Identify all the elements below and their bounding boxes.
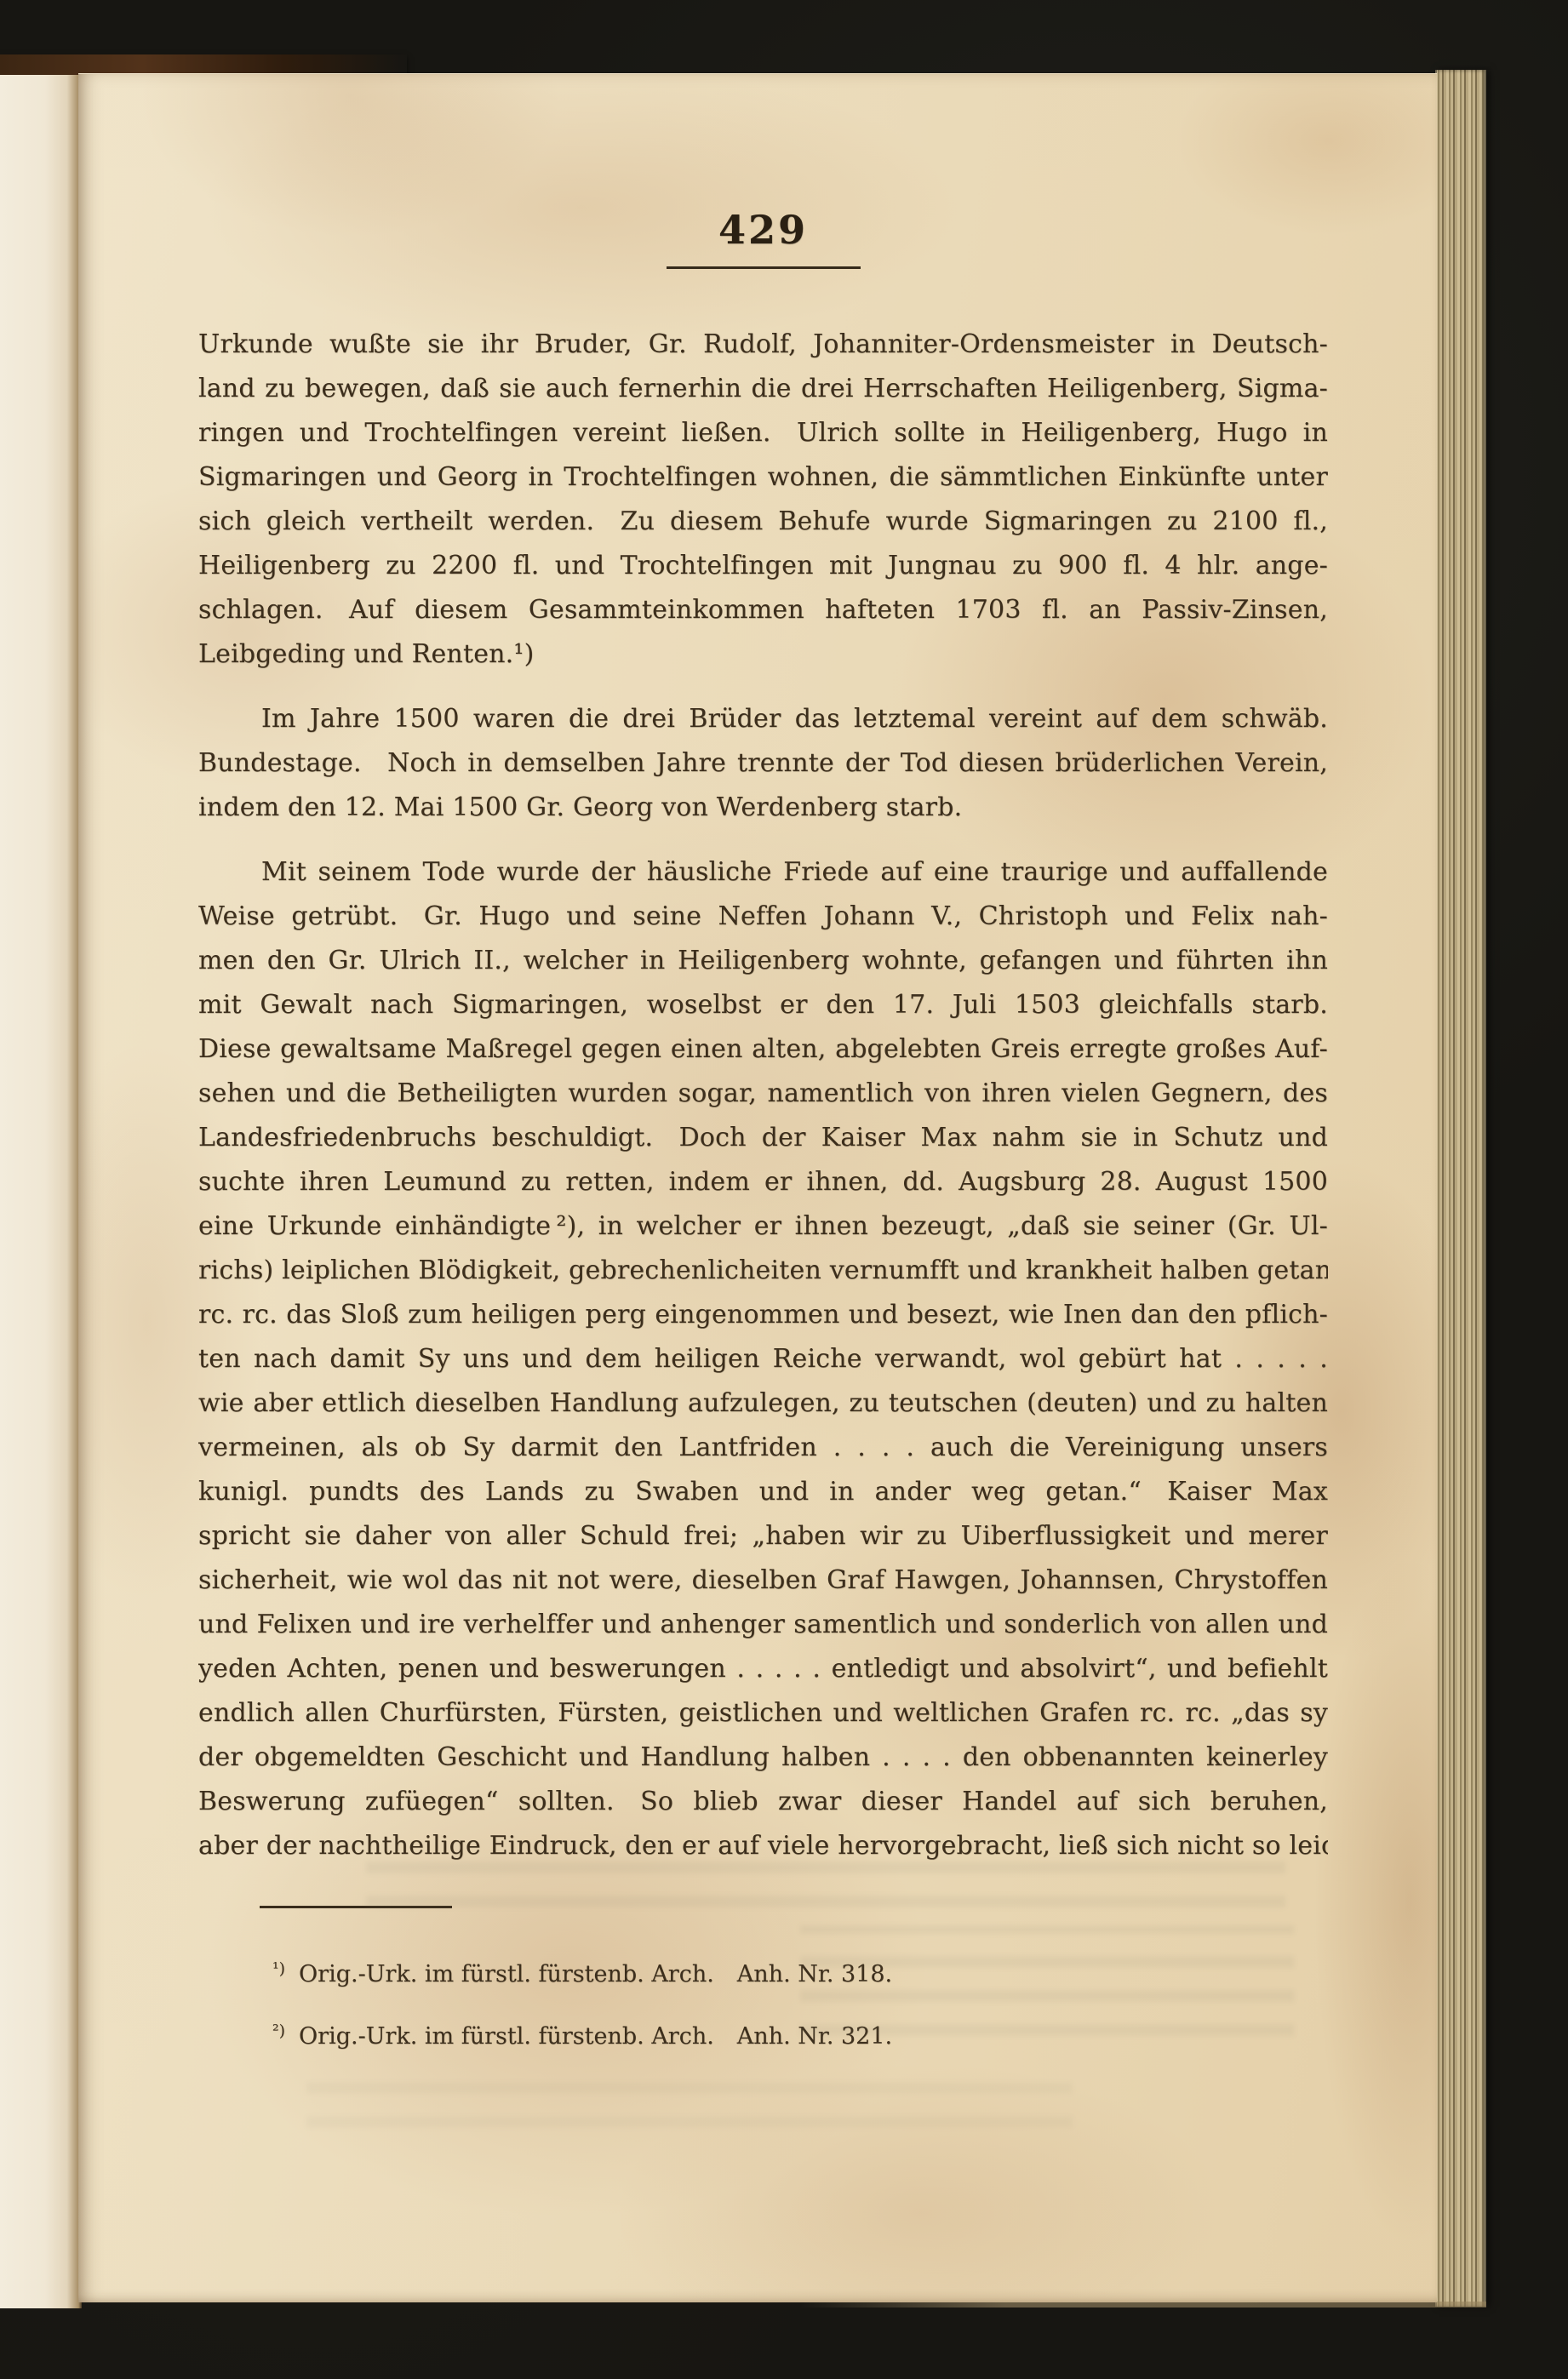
- text-line: wie aber ettlich dieselben Handlung aufz…: [198, 1381, 1328, 1426]
- text-line: Weise getrübt. Gr. Hugo und seine Neffen…: [198, 895, 1328, 939]
- page-body: Urkunde wußte sie ihr Bruder, Gr. Rudolf…: [198, 323, 1328, 1868]
- text-line: land zu bewegen, daß sie auch fernerhin …: [198, 367, 1328, 411]
- page-number-rule: [667, 266, 861, 269]
- text-line: Diese gewaltsame Maßregel gegen einen al…: [198, 1027, 1328, 1072]
- text-line: der obgemeldten Geschicht und Handlung h…: [198, 1736, 1328, 1780]
- paragraph: Im Jahre 1500 waren die drei Brüder das …: [198, 697, 1328, 830]
- footnote-text: Orig.-Urk. im fürstl. fürstenb. Arch. An…: [299, 2023, 892, 2050]
- text-line: kunigl. pundts des Lands zu Swaben und i…: [198, 1470, 1328, 1514]
- book-scan: 429 Urkunde wußte sie ihr Bruder, Gr. Ru…: [0, 0, 1568, 2379]
- text-line: Urkunde wußte sie ihr Bruder, Gr. Rudolf…: [198, 323, 1328, 367]
- text-line: suchte ihren Leumund zu retten, indem er…: [198, 1160, 1328, 1204]
- text-line: ringen und Trochtelfingen vereint ließen…: [198, 411, 1328, 455]
- text-line: indem den 12. Mai 1500 Gr. Georg von Wer…: [198, 786, 1328, 830]
- text-line: Landesfriedenbruchs beschuldigt. Doch de…: [198, 1116, 1328, 1160]
- text-line: men den Gr. Ulrich II., welcher in Heili…: [198, 939, 1328, 983]
- text-line: Heiligenberg zu 2200 fl. und Trochtelfin…: [198, 544, 1328, 588]
- text-line: Mit seinem Tode wurde der häusliche Frie…: [198, 850, 1328, 895]
- book-page: 429 Urkunde wußte sie ihr Bruder, Gr. Ru…: [78, 73, 1437, 2302]
- text-line: Im Jahre 1500 waren die drei Brüder das …: [198, 697, 1328, 741]
- text-line: rc. rc. das Sloß zum heiligen perg einge…: [198, 1293, 1328, 1337]
- text-line: sich gleich vertheilt werden. Zu diesem …: [198, 500, 1328, 544]
- text-line: vermeinen, als ob Sy darmit den Lantfrid…: [198, 1426, 1328, 1470]
- page-bottom-edge: [800, 2302, 1486, 2308]
- text-line: spricht sie daher von aller Schuld frei;…: [198, 1514, 1328, 1558]
- text-line: und Felixen und ire verhelffer und anhen…: [198, 1603, 1328, 1647]
- text-line: richs) leiplichen Blödigkeit, gebrechenl…: [198, 1249, 1328, 1293]
- footnote-marker: ¹): [272, 1959, 285, 1978]
- footnote-marker: ²): [272, 2022, 285, 2040]
- text-line: yeden Achten, penen und beswerungen . . …: [198, 1647, 1328, 1691]
- footnotes: ¹)Orig.-Urk. im fürstl. fürstenb. Arch. …: [272, 1953, 1260, 2078]
- text-line: Bundestage. Noch in demselben Jahre tren…: [198, 741, 1328, 786]
- text-line: ten nach damit Sy uns und dem heiligen R…: [198, 1337, 1328, 1381]
- text-line: mit Gewalt nach Sigmaringen, woselbst er…: [198, 983, 1328, 1027]
- text-line: sicherheit, wie wol das nit not were, di…: [198, 1558, 1328, 1603]
- previous-page-edge: [0, 75, 82, 2308]
- text-line: schlagen. Auf diesem Gesammteinkommen ha…: [198, 588, 1328, 632]
- paragraph: Mit seinem Tode wurde der häusliche Frie…: [198, 850, 1328, 1868]
- page-stack-fore-edge: [1435, 70, 1486, 2307]
- text-line: Sigmaringen und Georg in Trochtelfingen …: [198, 455, 1328, 500]
- text-line: eine Urkunde einhändigte ²), in welcher …: [198, 1204, 1328, 1249]
- page-number: 429: [198, 207, 1328, 253]
- footnote: ²)Orig.-Urk. im fürstl. fürstenb. Arch. …: [272, 2016, 1260, 2052]
- text-line: sehen und die Betheiligten wurden sogar,…: [198, 1072, 1328, 1116]
- text-line: Beswerung zufüegen“ sollten. So blieb zw…: [198, 1780, 1328, 1824]
- text-line: aber der nachtheilige Eindruck, den er a…: [198, 1824, 1328, 1868]
- text-line: Leibgeding und Renten.¹): [198, 632, 1328, 677]
- text-line: endlich allen Churfürsten, Fürsten, geis…: [198, 1691, 1328, 1736]
- footnote-text: Orig.-Urk. im fürstl. fürstenb. Arch. An…: [299, 1961, 892, 1987]
- footnote: ¹)Orig.-Urk. im fürstl. fürstenb. Arch. …: [272, 1953, 1260, 1990]
- footnote-separator-rule: [260, 1906, 452, 1908]
- paragraph: Urkunde wußte sie ihr Bruder, Gr. Rudolf…: [198, 323, 1328, 677]
